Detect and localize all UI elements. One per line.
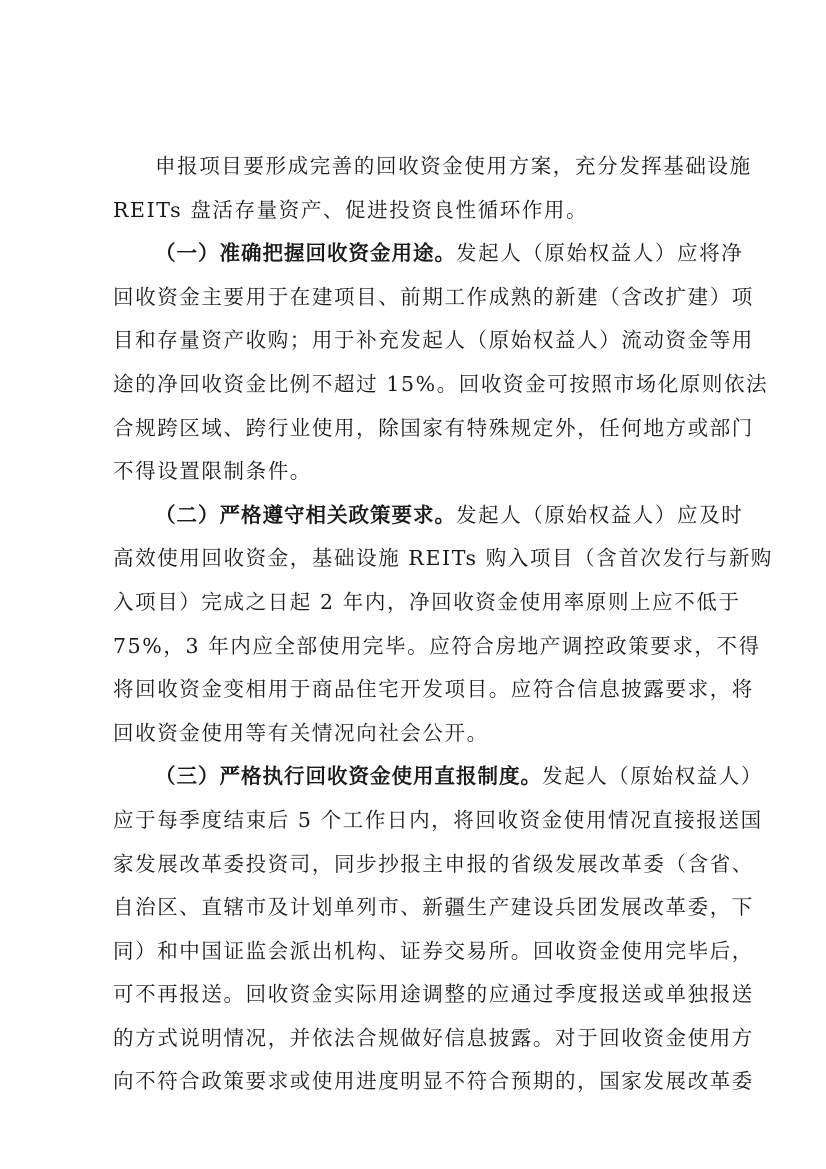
text-line: 家发展改革委投资司，同步抄报主申报的省级发展改革委（含省、	[113, 843, 715, 887]
text-line: 高效使用回收资金，基础设施 REITs 购入项目（含首次发行与新购	[113, 537, 715, 581]
text-line: 将回收资金变相用于商品住宅开发项目。应符合信息披露要求，将	[113, 668, 715, 712]
text-run: 发起人（原始权益人）	[542, 764, 763, 788]
text-line: 途的净回收资金比例不超过 15%。回收资金可按照市场化原则依法	[113, 363, 715, 407]
text-line: （一）准确把握回收资金用途。发起人（原始权益人）应将净	[113, 232, 715, 276]
text-run: 发起人（原始权益人）应及时	[456, 503, 743, 527]
paragraph-section-1: （一）准确把握回收资金用途。发起人（原始权益人）应将净 回收资金主要用于在建项目…	[113, 232, 715, 494]
text-line: 目和存量资产收购；用于补充发起人（原始权益人）流动资金等用	[113, 319, 715, 363]
text-line: 同）和中国证监会派出机构、证券交易所。回收资金使用完毕后，	[113, 930, 715, 974]
text-line: 申报项目要形成完善的回收资金使用方案，充分发挥基础设施	[113, 145, 715, 189]
section-heading: （一）准确把握回收资金用途。	[155, 241, 456, 265]
paragraph-section-2: （二）严格遵守相关政策要求。发起人（原始权益人）应及时 高效使用回收资金，基础设…	[113, 494, 715, 756]
text-run: 发起人（原始权益人）应将净	[456, 241, 743, 265]
paragraph-section-3: （三）严格执行回收资金使用直报制度。发起人（原始权益人） 应于每季度结束后 5 …	[113, 755, 715, 1104]
text-line: REITs 盘活存量资产、促进投资良性循环作用。	[113, 189, 715, 233]
text-line: （二）严格遵守相关政策要求。发起人（原始权益人）应及时	[113, 494, 715, 538]
text-line: 75%，3 年内应全部使用完毕。应符合房地产调控政策要求，不得	[113, 625, 715, 669]
text-line: 回收资金使用等有关情况向社会公开。	[113, 712, 715, 756]
text-line: 可不再报送。回收资金实际用途调整的应通过季度报送或单独报送	[113, 973, 715, 1017]
text-line: （三）严格执行回收资金使用直报制度。发起人（原始权益人）	[113, 755, 715, 799]
text-line: 向不符合政策要求或使用进度明显不符合预期的，国家发展改革委	[113, 1060, 715, 1104]
text-line: 合规跨区域、跨行业使用，除国家有特殊规定外，任何地方或部门	[113, 407, 715, 451]
document-page: 申报项目要形成完善的回收资金使用方案，充分发挥基础设施 REITs 盘活存量资产…	[113, 145, 715, 1104]
section-heading: （三）严格执行回收资金使用直报制度。	[155, 764, 542, 788]
text-line: 应于每季度结束后 5 个工作日内，将回收资金使用情况直接报送国	[113, 799, 715, 843]
section-heading: （二）严格遵守相关政策要求。	[155, 503, 456, 527]
text-line: 自治区、直辖市及计划单列市、新疆生产建设兵团发展改革委，下	[113, 886, 715, 930]
text-line: 的方式说明情况，并依法合规做好信息披露。对于回收资金使用方	[113, 1017, 715, 1061]
text-line: 入项目）完成之日起 2 年内，净回收资金使用率原则上应不低于	[113, 581, 715, 625]
text-line: 不得设置限制条件。	[113, 450, 715, 494]
text-line: 回收资金主要用于在建项目、前期工作成熟的新建（含改扩建）项	[113, 276, 715, 320]
paragraph-intro: 申报项目要形成完善的回收资金使用方案，充分发挥基础设施 REITs 盘活存量资产…	[113, 145, 715, 232]
